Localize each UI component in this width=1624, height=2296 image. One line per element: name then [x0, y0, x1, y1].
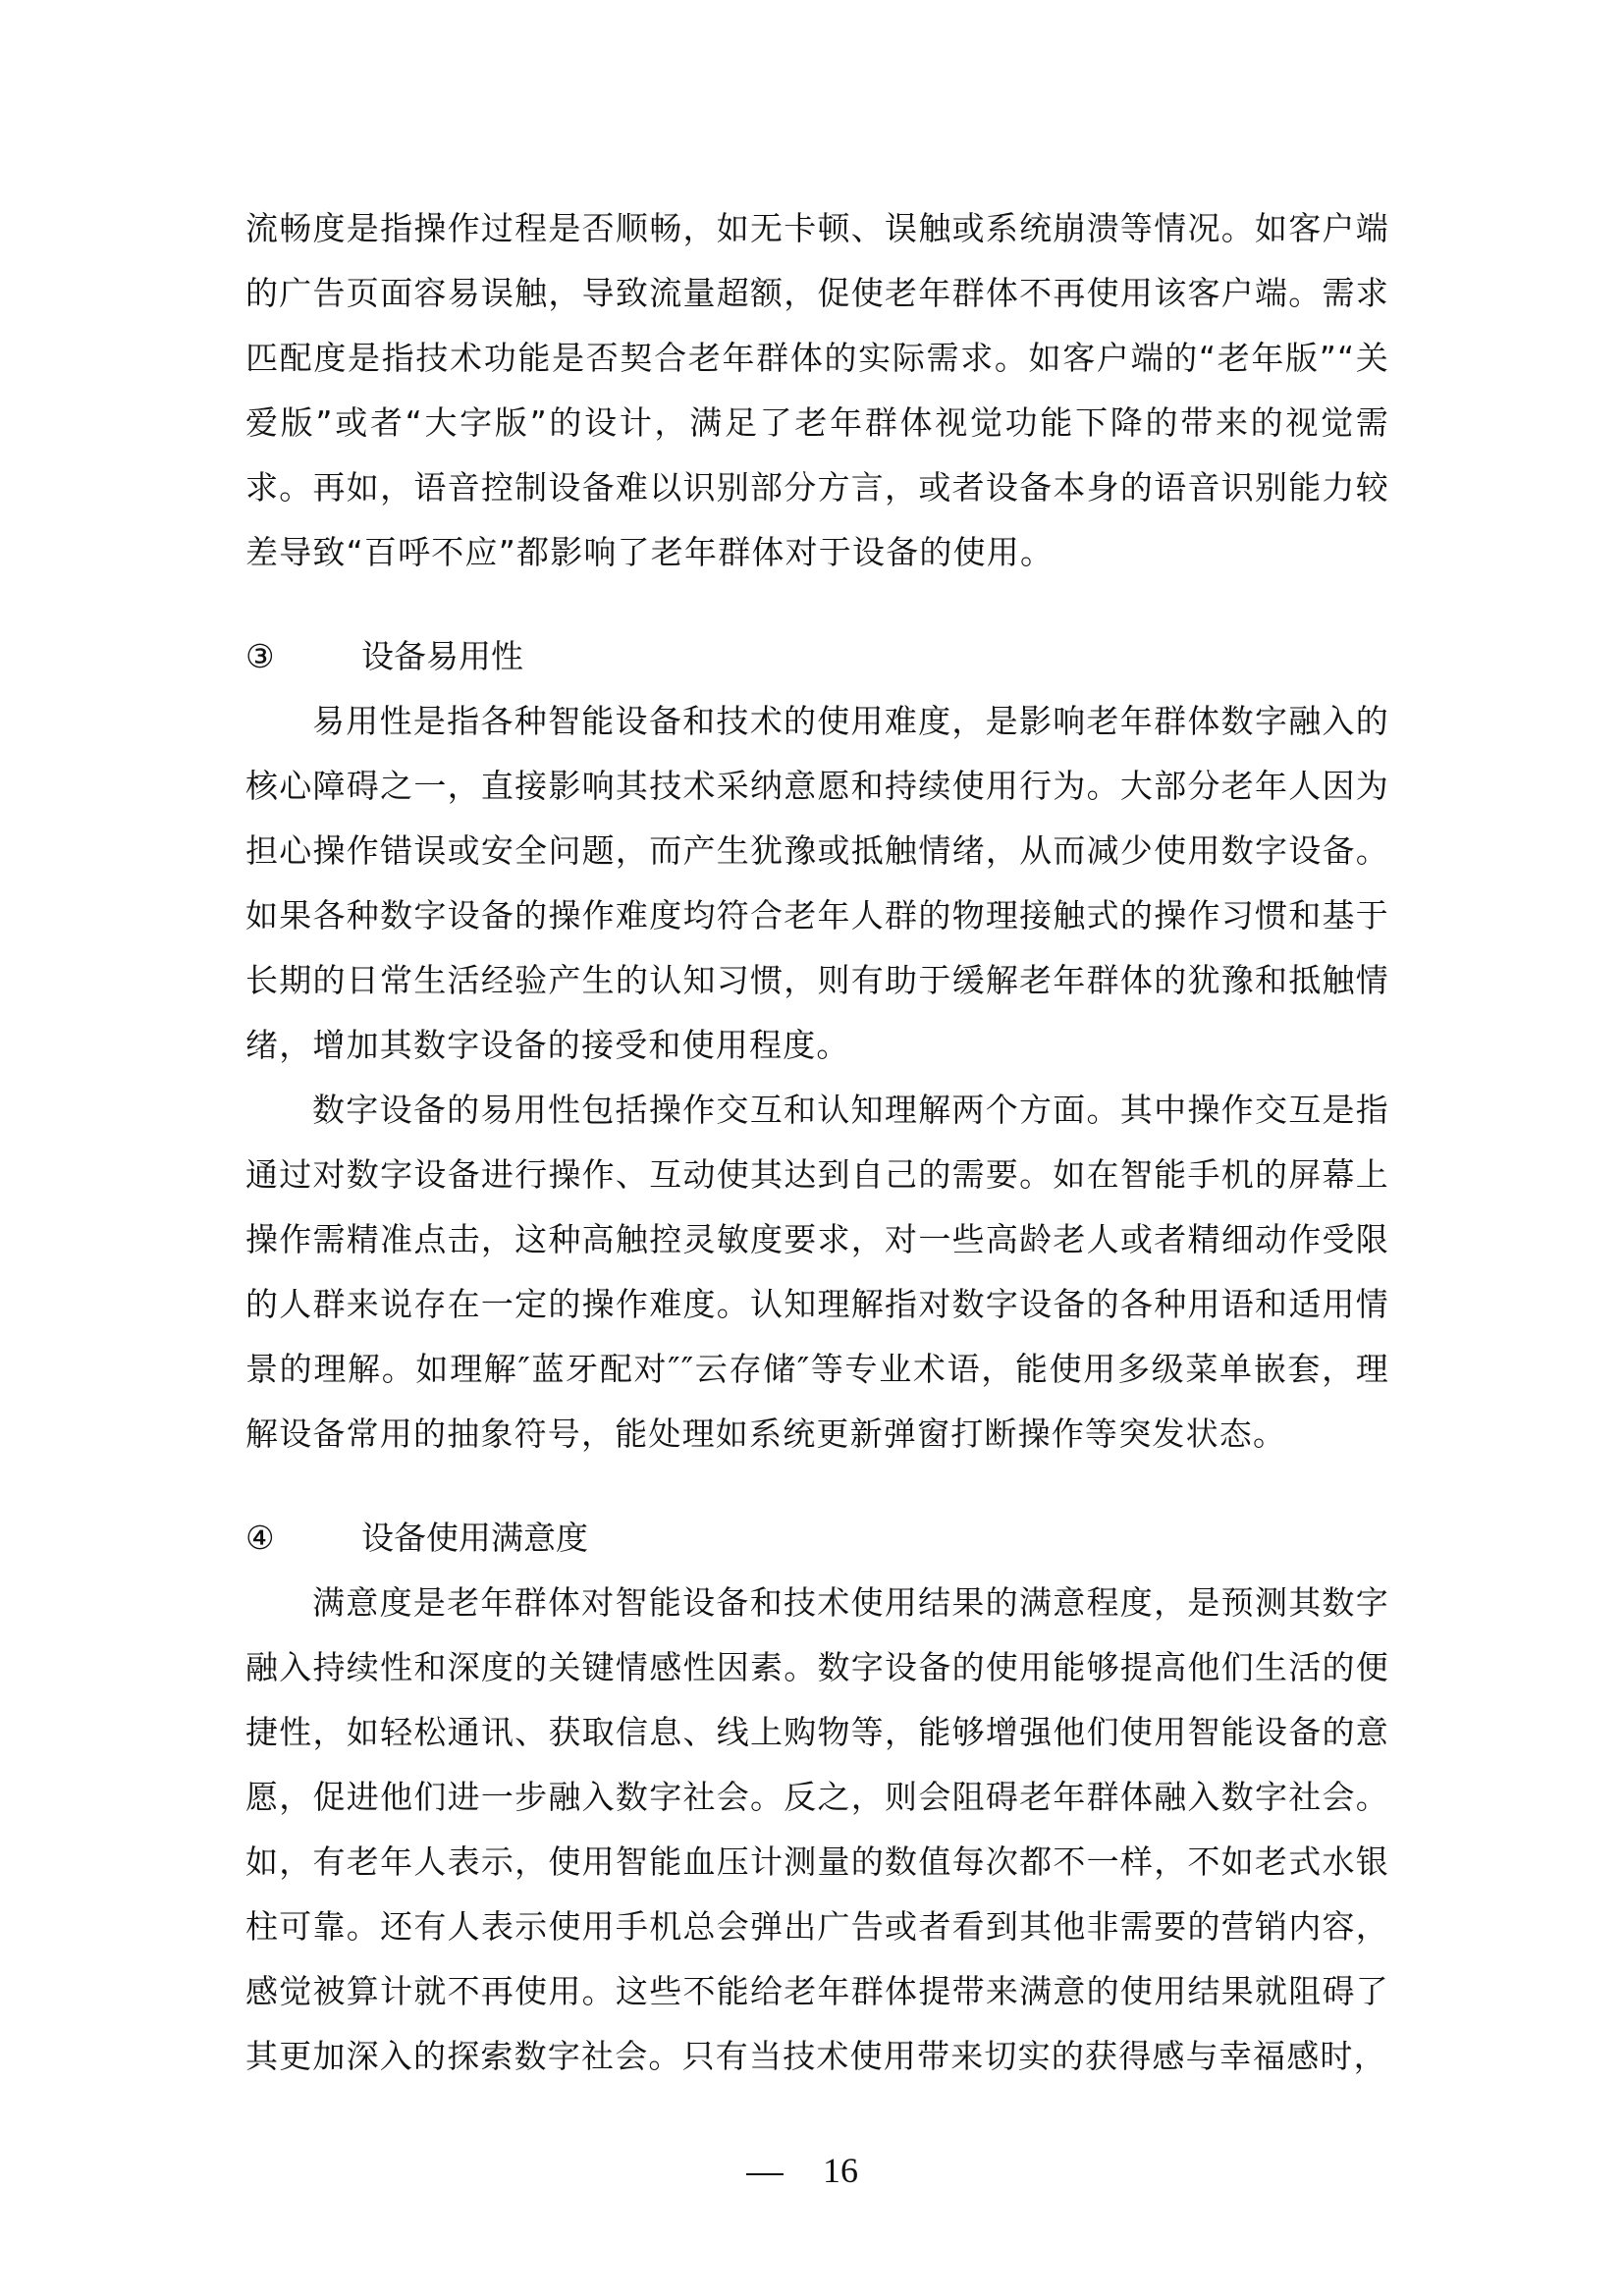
section-number-4: ④ — [245, 1506, 361, 1571]
document-page: 流畅度是指操作过程是否顺畅，如无卡顿、误触或系统崩溃等情况。如客户端的广告页面容… — [245, 196, 1389, 2089]
section-heading-usability: ③ 设备易用性 — [245, 624, 1389, 689]
page-number: 16 — [823, 2151, 858, 2190]
section-title-usability: 设备易用性 — [361, 624, 523, 689]
paragraph-usability-definition: 易用性是指各种智能设备和技术的使用难度，是影响老年群体数字融入的核心障碍之一，直… — [245, 689, 1389, 1078]
paragraph-fluency-demand-match: 流畅度是指操作过程是否顺畅，如无卡顿、误触或系统崩溃等情况。如客户端的广告页面容… — [245, 196, 1389, 585]
paragraph-satisfaction-definition: 满意度是老年群体对智能设备和技术使用结果的满意程度，是预测其数字融入持续性和深度… — [245, 1571, 1389, 2089]
page-footer: 16 — [0, 2146, 1624, 2195]
spacer — [245, 1467, 1389, 1506]
page-number-dash — [746, 2173, 784, 2175]
section-heading-satisfaction: ④ 设备使用满意度 — [245, 1506, 1389, 1571]
section-number-3: ③ — [245, 624, 361, 689]
spacer — [245, 585, 1389, 624]
section-title-satisfaction: 设备使用满意度 — [361, 1506, 588, 1571]
paragraph-usability-aspects: 数字设备的易用性包括操作交互和认知理解两个方面。其中操作交互是指通过对数字设备进… — [245, 1078, 1389, 1467]
